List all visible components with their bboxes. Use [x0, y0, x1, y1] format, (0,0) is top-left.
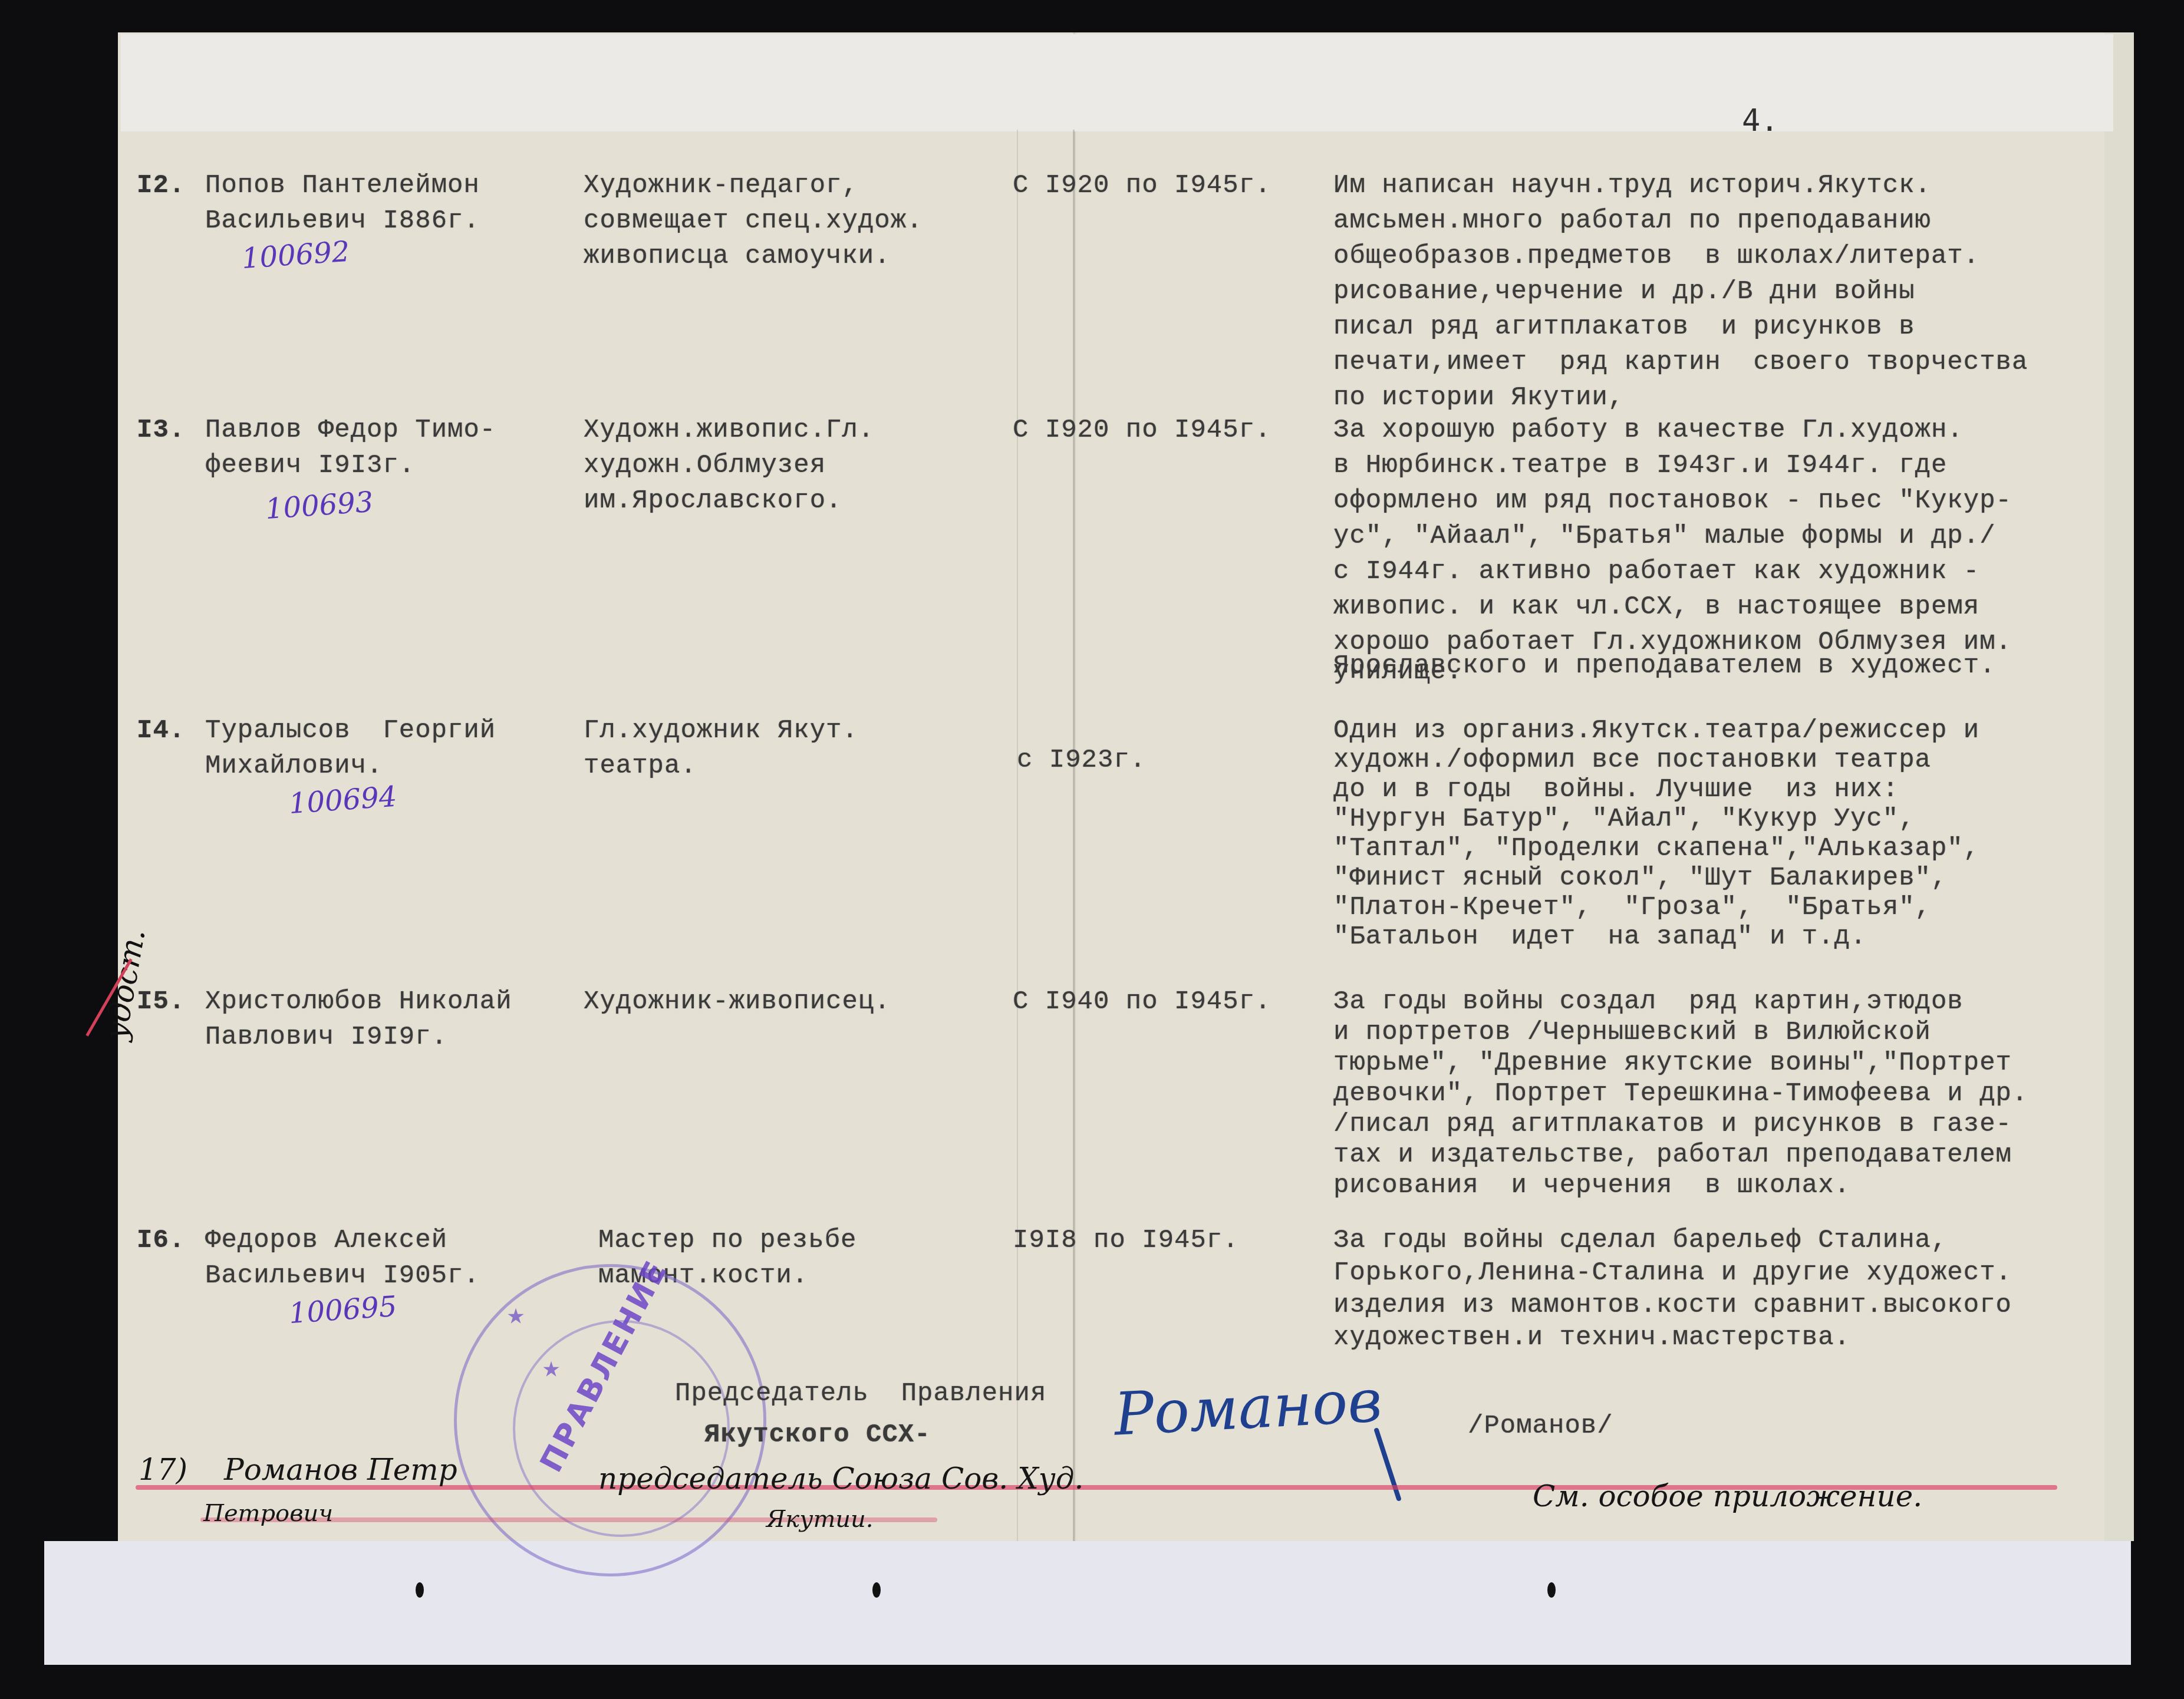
fold-line [1017, 130, 1018, 1544]
description-line: художествен.и технич.мастерства. [1333, 1320, 1850, 1355]
addendum-name: Романов Петр [224, 1453, 457, 1487]
person-name-cont: Васильевич I886г. [205, 203, 480, 239]
service-period: С I920 по I945г. [1013, 168, 1271, 203]
addendum-number: 17) [139, 1453, 187, 1487]
entry-number: I3. [137, 413, 185, 448]
description-line: Горького,Ленина-Сталина и другие художес… [1333, 1255, 2012, 1291]
page-number: 4. [1742, 103, 1779, 138]
person-name-cont: Михайлович. [205, 748, 383, 784]
position-line: Мастер по резьбе [598, 1223, 857, 1258]
person-name: Христолюбов Николай [205, 984, 512, 1020]
signatory-org: Якутского ССХ- [704, 1417, 931, 1453]
person-name: Павлов Федор Тимо- [205, 413, 496, 448]
person-name-cont: Васильевич I905г. [205, 1258, 480, 1294]
entry-number: I2. [137, 168, 185, 203]
description-line: За годы войны сделал барельеф Сталина, [1333, 1223, 1947, 1258]
description-line: общеобразов.предметов в школах/литерат. [1333, 239, 1979, 274]
addendum-patronymic: Петрович [203, 1500, 333, 1527]
service-period: I9I8 по I945г. [1013, 1223, 1239, 1258]
description-line: живопис. и как чл.ССХ, в настоящее время [1333, 589, 1979, 625]
entry-number: I4. [137, 713, 185, 748]
position-line: живописца самоучки. [584, 239, 891, 274]
description-line: Им написан научн.труд историч.Якутск. [1333, 168, 1931, 203]
description-line: по истории Якутии, [1333, 380, 1624, 415]
description-line: За хорошую работу в качестве Гл.художн. [1333, 413, 1964, 448]
binding-hole [416, 1582, 424, 1598]
position-line: Художник-живописец. [584, 984, 891, 1020]
position-line: театра. [584, 748, 697, 784]
top-paper-strip [121, 34, 2113, 131]
binding-hole [872, 1582, 881, 1598]
description-line: девочки", Портрет Терешкина-Тимофеева и … [1333, 1076, 2028, 1111]
binding-hole [1547, 1582, 1556, 1598]
star-icon: ★ [507, 1296, 525, 1333]
signatory-title: Председатель Правления [675, 1376, 1046, 1411]
addendum-position-cont: Якутии. [766, 1506, 874, 1533]
description-line: За годы войны создал ряд картин,этюдов [1333, 984, 1964, 1020]
description-line: тюрьме", "Древние якутские воины","Портр… [1333, 1045, 2012, 1081]
description-line: изделия из мамонтов.кости сравнит.высоко… [1333, 1288, 2012, 1323]
position-line: Художник-педагог, [584, 168, 858, 203]
position-line: совмещает спец.худож. [584, 203, 923, 239]
position-line: Гл.художник Якут. [584, 713, 858, 748]
person-name: Попов Пантелеймон [205, 168, 480, 203]
position-line: им.Ярославского. [584, 483, 842, 519]
description-line: и портретов /Чернышевский в Вилюйской [1333, 1015, 1931, 1050]
position-line: художн.Облмузея [584, 448, 826, 483]
person-name: Федоров Алексей [205, 1223, 447, 1258]
description-line: ус", "Айаал", "Братья" малые формы и др.… [1333, 519, 1996, 554]
entry-number: I6. [137, 1223, 185, 1258]
description-line: с I944г. активно работает как художник - [1333, 554, 1979, 589]
description-line: тах и издательстве, работал преподавател… [1333, 1137, 2012, 1173]
fold-line [1073, 130, 1075, 1544]
entry-number: I5. [137, 984, 185, 1020]
description-line: писал ряд агитплакатов и рисунков в [1333, 309, 1915, 345]
addendum-position: председатель Союза Сов. Худ. [598, 1462, 1083, 1496]
description-line: печати,имеет ряд картин своего творчеств… [1333, 345, 2028, 380]
paper-edge [2104, 32, 2134, 1541]
description-line: /писал ряд агитплакатов и рисунков в газ… [1333, 1107, 2012, 1142]
service-period: с I923г. [1017, 743, 1146, 778]
person-name-cont: Павлович I9I9г. [205, 1020, 447, 1055]
description-line: оформлено им ряд постановок - пьес "Куку… [1333, 483, 2012, 519]
description-line: рисования и черчения в школах. [1333, 1168, 1850, 1203]
addendum-note: См. особое приложение. [1533, 1479, 1922, 1513]
handwritten-signature: Романов [1112, 1366, 1383, 1449]
position-line: Художн.живопис.Гл. [584, 413, 874, 448]
description-line: рисование,черчение и др./В дни войны [1333, 274, 1915, 309]
person-name-cont: феевич I9I3г. [205, 448, 415, 483]
description-line: училище. [1333, 654, 1462, 690]
service-period: С I920 по I945г. [1013, 413, 1271, 448]
star-icon: ★ [542, 1350, 560, 1386]
service-period: С I940 по I945г. [1013, 984, 1271, 1020]
description-line: "Батальон идет на запад" и т.д. [1333, 919, 1866, 955]
description-line: амсьмен.много работал по преподаванию [1333, 203, 1931, 239]
signatory-typed-name: /Романов/ [1468, 1408, 1613, 1444]
description-line: в Нюрбинск.театре в I943г.и I944г. где [1333, 448, 1947, 483]
person-name: Туралысов Георгий [205, 713, 496, 748]
bottom-paper-strip [44, 1541, 2131, 1665]
